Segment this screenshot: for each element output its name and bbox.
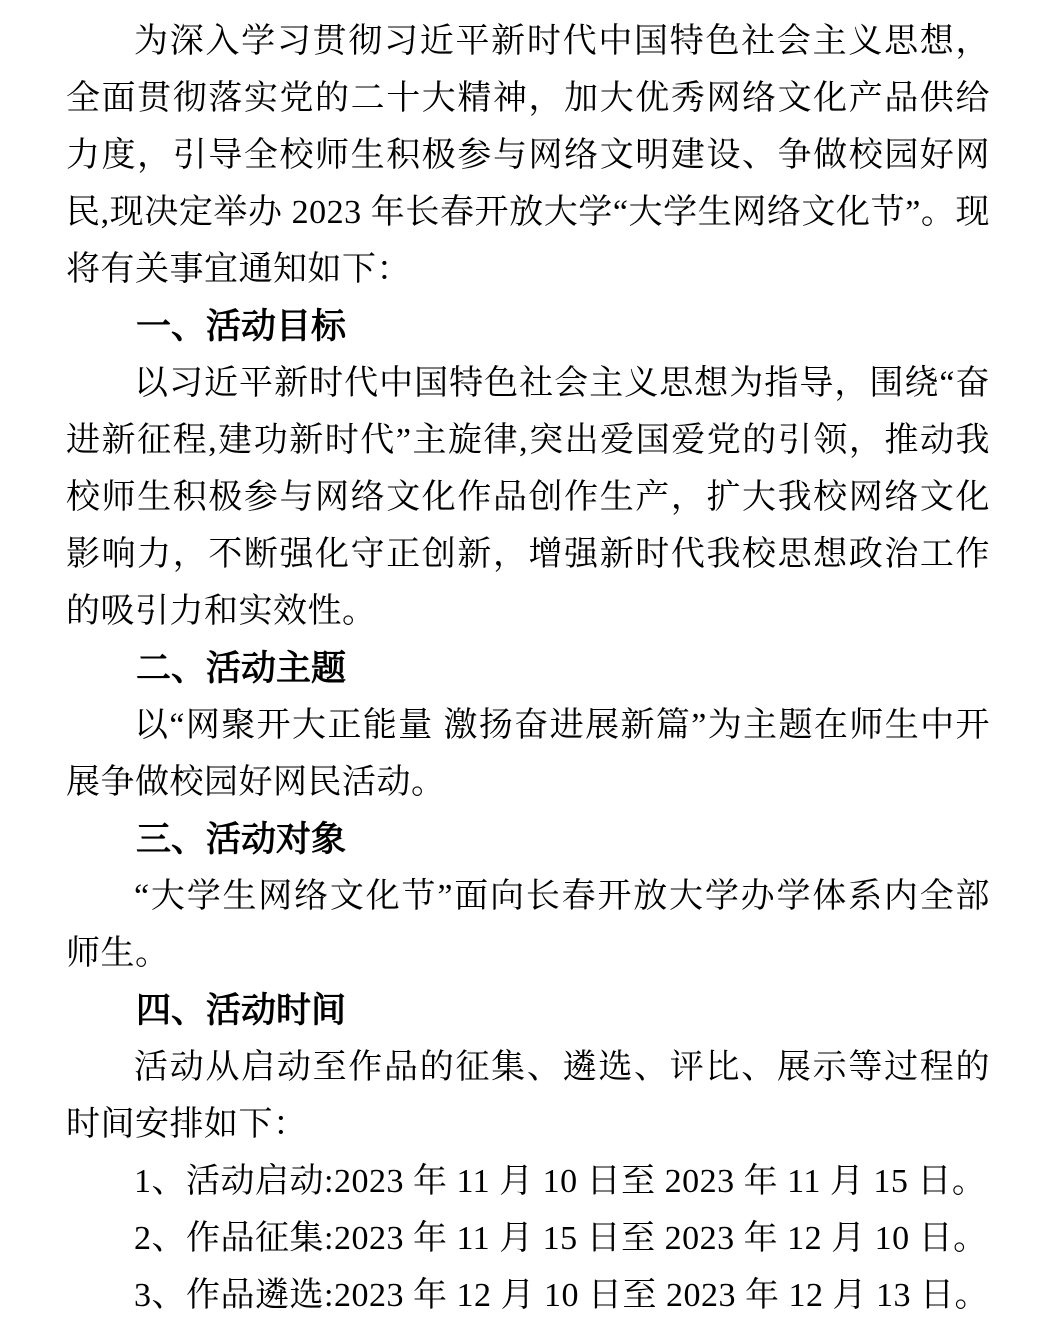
paragraph: 1、活动启动:2023 年 11 月 10 日至 2023 年 11 月 15 … [66, 1153, 990, 1210]
section-heading: 三、活动对象 [66, 811, 990, 868]
paragraph: 3、作品遴选:2023 年 12 月 10 日至 2023 年 12 月 13 … [66, 1267, 990, 1324]
document-body: 为深入学习贯彻习近平新时代中国特色社会主义思想，全面贯彻落实党的二十大精神，加大… [66, 13, 990, 1324]
section-heading: 四、活动时间 [66, 982, 990, 1039]
paragraph: 以“网聚开大正能量 激扬奋进展新篇”为主题在师生中开展争做校园好网民活动。 [66, 697, 990, 811]
document-page: 为深入学习贯彻习近平新时代中国特色社会主义思想，全面贯彻落实党的二十大精神，加大… [0, 0, 1058, 1332]
paragraph: 为深入学习贯彻习近平新时代中国特色社会主义思想，全面贯彻落实党的二十大精神，加大… [66, 13, 990, 298]
paragraph: 2、作品征集:2023 年 11 月 15 日至 2023 年 12 月 10 … [66, 1210, 990, 1267]
section-heading: 二、活动主题 [66, 640, 990, 697]
paragraph: 以习近平新时代中国特色社会主义思想为指导，围绕“奋进新征程,建功新时代”主旋律,… [66, 355, 990, 640]
paragraph: “大学生网络文化节”面向长春开放大学办学体系内全部师生。 [66, 868, 990, 982]
section-heading: 一、活动目标 [66, 298, 990, 355]
paragraph: 活动从启动至作品的征集、遴选、评比、展示等过程的时间安排如下： [66, 1039, 990, 1153]
